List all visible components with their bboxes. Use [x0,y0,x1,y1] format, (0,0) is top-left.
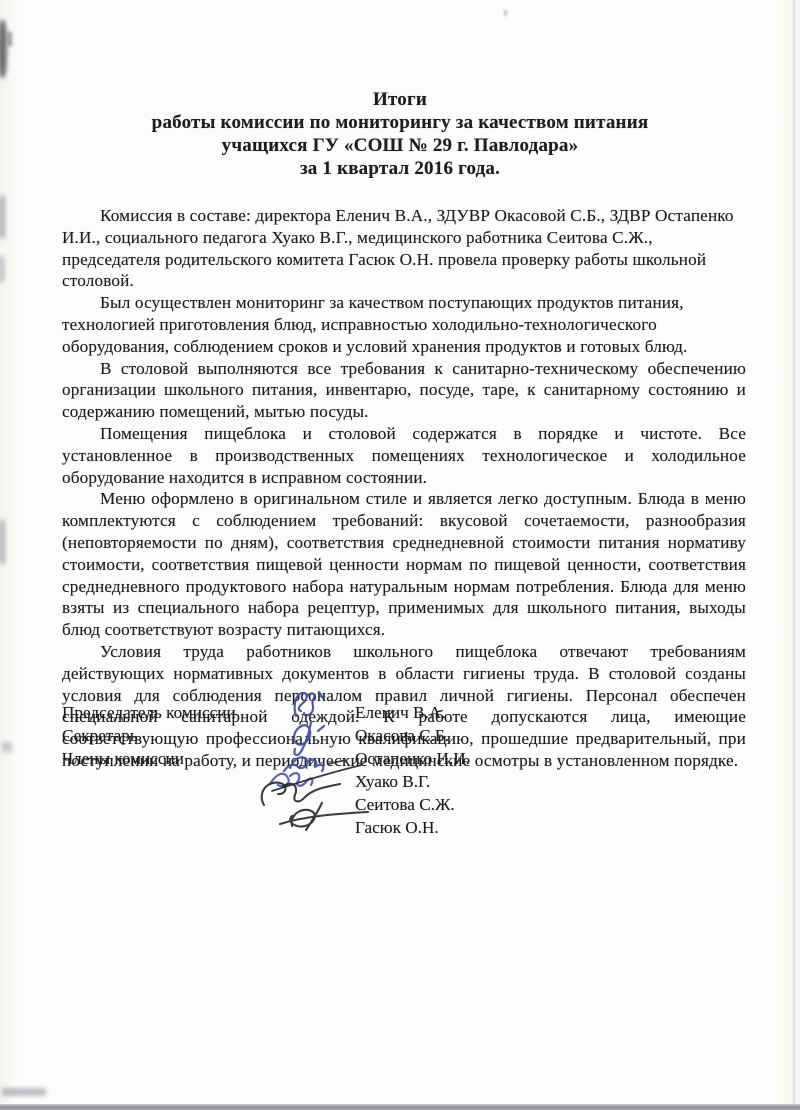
signature-scribble-ostapenko [284,757,323,771]
title-line-1: Итоги [0,88,800,111]
signature-name: Окасова С.Б. [355,724,746,747]
title-line-4: за 1 квартал 2016 года. [0,157,800,180]
signature-block: Председатель комиссии Секретарь Члены ко… [62,701,746,839]
signature-role-secretary: Секретарь [62,724,236,747]
scan-artifact-left-edge-3 [0,520,5,564]
paragraph-premises: Помещения пищеблока и столовой содержатс… [62,423,746,488]
signature-scribble-okasova [294,722,324,755]
scan-artifact-left-edge-2 [0,256,4,282]
page-bottom-edge [0,1104,800,1110]
signature-scribble-elenich [295,692,323,716]
signature-role-chairman: Председатель комиссии [62,701,236,724]
signature-name: Сеитова С.Ж. [355,793,746,816]
signature-scribble-gasyuk [280,803,368,830]
document-body: Комиссия в составе: директора Еленич В.А… [62,205,746,772]
scan-artifact-left-edge-4 [2,742,12,752]
signature-names: Еленич В.А. Окасова С.Б. Остапенко И.И. … [355,701,746,839]
signature-name: Гасюк О.Н. [355,816,746,839]
paragraph-commission: Комиссия в составе: директора Еленич В.А… [62,205,746,292]
paragraph-monitoring: Был осуществлен мониторинг за качеством … [62,292,746,357]
signature-name: Хуако В.Г. [355,770,746,793]
paragraph-menu: Меню оформлено в оригинальном стиле и яв… [62,488,746,641]
title-line-2: работы комиссии по мониторингу за качест… [0,111,800,134]
signature-role-members: Члены комиссии [62,747,236,770]
signature-name: Еленич В.А. [355,701,746,724]
signature-roles: Председатель комиссии Секретарь Члены ко… [62,701,236,770]
title-line-3: учащихся ГУ «СОШ № 29 г. Павлодара» [0,134,800,157]
scanned-document-page: Итоги работы комиссии по мониторингу за … [0,0,800,1110]
scan-artifact-bottom-left [2,1088,46,1096]
handwritten-signatures-cluster [250,683,390,838]
signature-dash-ostapenko [328,760,346,764]
document-title: Итоги работы комиссии по мониторингу за … [0,0,800,180]
paragraph-sanitary: В столовой выполняются все требования к … [62,358,746,423]
scan-artifact-left-edge-1 [0,196,5,238]
signature-name: Остапенко И.И. [355,747,746,770]
